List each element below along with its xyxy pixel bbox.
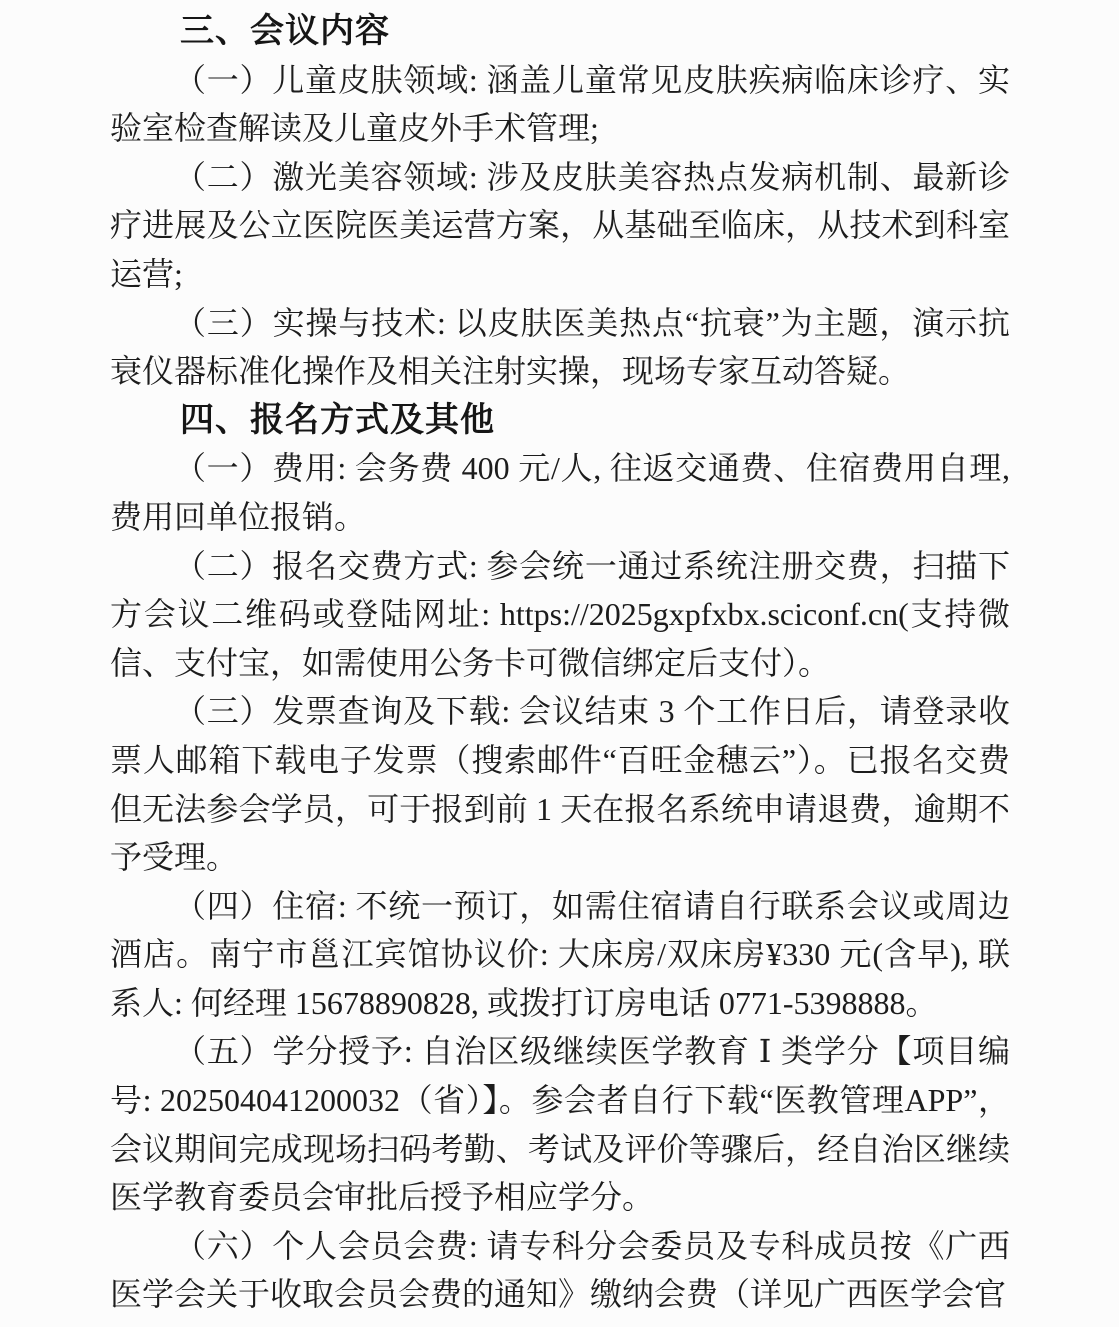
- paragraph-membership-fee: （六）个人会员会费: 请专科分会委员及专科成员按《广西医学会关于收取会员会费的通…: [110, 1222, 1010, 1319]
- paragraph-payment-method: （二）报名交费方式: 参会统一通过系统注册交费，扫描下方会议二维码或登陆网址: …: [110, 542, 1010, 688]
- paragraph-children-dermatology: （一）儿童皮肤领域: 涵盖儿童常见皮肤疾病临床诊疗、实验室检查解读及儿童皮外手术…: [110, 56, 1010, 153]
- section-heading-registration: 四、报名方式及其他: [110, 396, 1010, 445]
- paragraph-accommodation: （四）住宿: 不统一预订，如需住宿请自行联系会议或周边酒店。南宁市邕江宾馆协议价…: [110, 882, 1010, 1028]
- section-heading-meeting-content: 三、会议内容: [110, 7, 1010, 56]
- paragraph-laser-cosmetology: （二）激光美容领域: 涉及皮肤美容热点发病机制、最新诊疗进展及公立医院医美运营方…: [110, 153, 1010, 299]
- paragraph-fees: （一）费用: 会务费 400 元/人, 往返交通费、住宿费用自理, 费用回单位报…: [110, 444, 1010, 541]
- document-page: 三、会议内容 （一）儿童皮肤领域: 涵盖儿童常见皮肤疾病临床诊疗、实验室检查解读…: [0, 0, 1119, 1327]
- paragraph-invoice-refund: （三）发票查询及下载: 会议结束 3 个工作日后，请登录收票人邮箱下载电子发票（…: [110, 687, 1010, 881]
- section-registration: 四、报名方式及其他 （一）费用: 会务费 400 元/人, 往返交通费、住宿费用…: [110, 396, 1010, 1319]
- paragraph-credits: （五）学分授予: 自治区级继续医学教育 Ⅰ 类学分【项目编号: 20250404…: [110, 1027, 1010, 1221]
- paragraph-practice-technique: （三）实操与技术: 以皮肤医美热点“抗衰”为主题，演示抗衰仪器标准化操作及相关注…: [110, 299, 1010, 396]
- section-meeting-content: 三、会议内容 （一）儿童皮肤领域: 涵盖儿童常见皮肤疾病临床诊疗、实验室检查解读…: [110, 7, 1010, 396]
